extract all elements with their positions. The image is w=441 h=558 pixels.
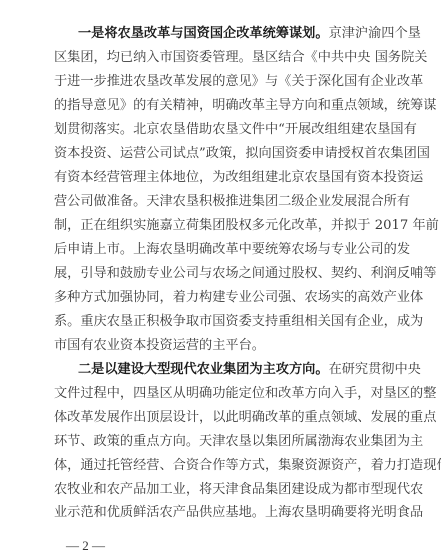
paragraph-1-line-6: 资本投资、运营公司试点”政策，拟向国资委申请授权首农集团国 bbox=[54, 144, 388, 164]
paragraph-2-text: 在研究贯彻中央 bbox=[329, 362, 421, 377]
paragraph-1-line-3: 于进一步推进农垦改革发展的意见》与《关于深化国有企业改革 bbox=[54, 72, 388, 92]
page-number: — 2 — bbox=[66, 538, 105, 554]
paragraph-2-line-1: 二是以建设大型现代农业集团为主攻方向。在研究贯彻中央 bbox=[78, 360, 388, 380]
paragraph-1-line-2: 区集团，均已纳入市国资委管理。垦区结合《中共中央 国务院关 bbox=[54, 48, 388, 68]
paragraph-1-line-12: 多种方式加强协同，着力构建专业公司强、农场实的高效产业体 bbox=[54, 288, 388, 308]
paragraph-2-line-4: 环节、政策的重点方向。天津农垦以集团所属渤海农业集团为主 bbox=[54, 432, 388, 452]
paragraph-1-line-7: 有资本经营管理主体地位，为改组组建北京农垦国有资本投资运 bbox=[54, 168, 388, 188]
paragraph-2-line-3: 体改革发展作出顶层设计，以此明确改革的重点领域、发展的重点 bbox=[54, 408, 388, 428]
paragraph-2-line-7: 业示范和优质鲜活农产品供应基地。上海农垦明确要将光明食品 bbox=[54, 503, 388, 523]
paragraph-1-heading: 一是将农垦改革与国资国企改革统筹谋划。 bbox=[78, 26, 329, 41]
paragraph-1-text: 京津沪渝四个垦 bbox=[329, 26, 421, 41]
paragraph-1-line-8: 营公司做准备。天津农垦积极推进集团二级企业发展混合所有 bbox=[54, 192, 388, 212]
paragraph-1-line-5: 划贯彻落实。北京农垦借助农垦文件中“开展改组组建农垦国有 bbox=[54, 120, 388, 140]
paragraph-2-line-6: 农牧业和农产品加工业，将天津食品集团建设成为都市型现代农 bbox=[54, 480, 388, 500]
paragraph-1-line-10: 后申请上市。上海农垦明确改革中要统筹农场与专业公司的发 bbox=[54, 240, 388, 260]
paragraph-1-line-4: 的指导意见》的有关精神，明确改革主导方向和重点领域，统筹谋 bbox=[54, 96, 388, 116]
document-page: 一是将农垦改革与国资国企改革统筹谋划。京津沪渝四个垦 区集团，均已纳入市国资委管… bbox=[0, 0, 441, 558]
paragraph-2-line-5: 体，通过托管经营、合资合作等方式，集聚资源资产，着力打造现代 bbox=[54, 456, 388, 476]
paragraph-1-line-11: 展，引导和鼓励专业公司与农场之间通过股权、契约、利润反哺等 bbox=[54, 264, 388, 284]
paragraph-1-line-9: 制，正在组织实施嘉立荷集团股权多元化改革，并拟于 2017 年前 bbox=[54, 216, 388, 236]
paragraph-1-line-14: 市国有农业资本投资运营的主平台。 bbox=[54, 336, 388, 356]
paragraph-2-heading: 二是以建设大型现代农业集团为主攻方向。 bbox=[78, 362, 329, 377]
paragraph-1-line-13: 系。重庆农垦正积极争取市国资委支持重组相关国有企业，成为 bbox=[54, 312, 388, 332]
paragraph-2-line-2: 文件过程中，四垦区从明确功能定位和改革方向入手，对垦区的整 bbox=[54, 384, 388, 404]
paragraph-1-line-1: 一是将农垦改革与国资国企改革统筹谋划。京津沪渝四个垦 bbox=[78, 24, 388, 44]
